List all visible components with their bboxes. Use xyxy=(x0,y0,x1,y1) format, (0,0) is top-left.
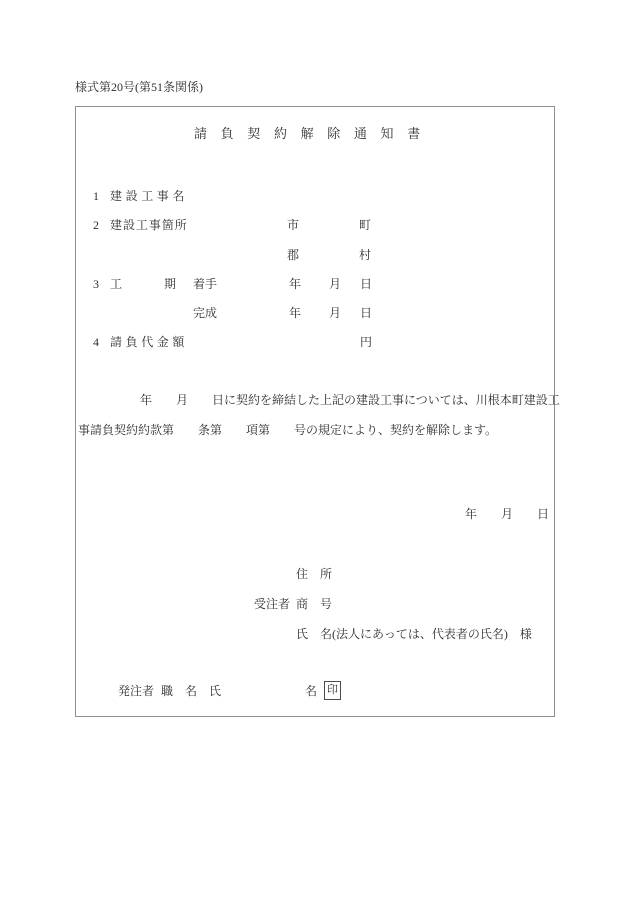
item3-end-label: 完成 xyxy=(193,306,217,321)
form-number: 様式第20号(第51条関係) xyxy=(75,80,203,95)
seal-mark: 印 xyxy=(324,681,341,700)
item3-end-year-unit: 年 xyxy=(289,306,301,321)
item3-label-a: 工 xyxy=(110,277,122,292)
item2-county-label: 郡 xyxy=(287,248,299,263)
item4-yen-unit: 円 xyxy=(360,335,372,350)
closing-date-line: 年 月 日 xyxy=(465,507,549,522)
item3-end-month-unit: 月 xyxy=(329,306,341,321)
issuer-role-label: 発注者 xyxy=(118,684,154,699)
item1-number: 1 xyxy=(93,189,99,204)
item4-label: 請負代金額 xyxy=(110,335,188,350)
recipient-company-label: 商 号 xyxy=(296,597,332,612)
body-line2: 事請負契約約款第 条第 項第 号の規定により、契約を解除します。 xyxy=(78,423,497,438)
item3-start-year-unit: 年 xyxy=(289,277,301,292)
item4-number: 4 xyxy=(93,335,99,350)
item3-label-b: 期 xyxy=(164,277,176,292)
item2-city-label: 市 xyxy=(287,218,299,233)
body-line1: 年 月 日に契約を締結した上記の建設工事については、川根本町建設工 xyxy=(140,393,560,408)
document-title: 請負契約解除通知書 xyxy=(194,126,434,142)
item2-label: 建設工事箇所 xyxy=(110,218,188,233)
issuer-name-char: 名 xyxy=(305,684,317,699)
item3-end-day-unit: 日 xyxy=(360,306,372,321)
recipient-name-label: 氏 名(法人にあっては、代表者の氏名) 様 xyxy=(296,627,532,642)
seal-character: 印 xyxy=(327,684,338,696)
item2-number: 2 xyxy=(93,218,99,233)
item2-town-label: 町 xyxy=(359,218,371,233)
item1-label: 建設工事名 xyxy=(110,189,188,204)
item3-start-day-unit: 日 xyxy=(360,277,372,292)
recipient-address-label: 住 所 xyxy=(296,567,332,582)
item2-village-label: 村 xyxy=(359,248,371,263)
item3-start-month-unit: 月 xyxy=(329,277,341,292)
issuer-title-name-label: 職 名 氏 xyxy=(161,684,221,699)
item3-start-label: 着手 xyxy=(193,277,217,292)
document-page: 様式第20号(第51条関係) 請負契約解除通知書 1 建設工事名 2 建設工事箇… xyxy=(0,0,630,915)
item3-number: 3 xyxy=(93,277,99,292)
recipient-role-label: 受注者 xyxy=(254,597,290,612)
